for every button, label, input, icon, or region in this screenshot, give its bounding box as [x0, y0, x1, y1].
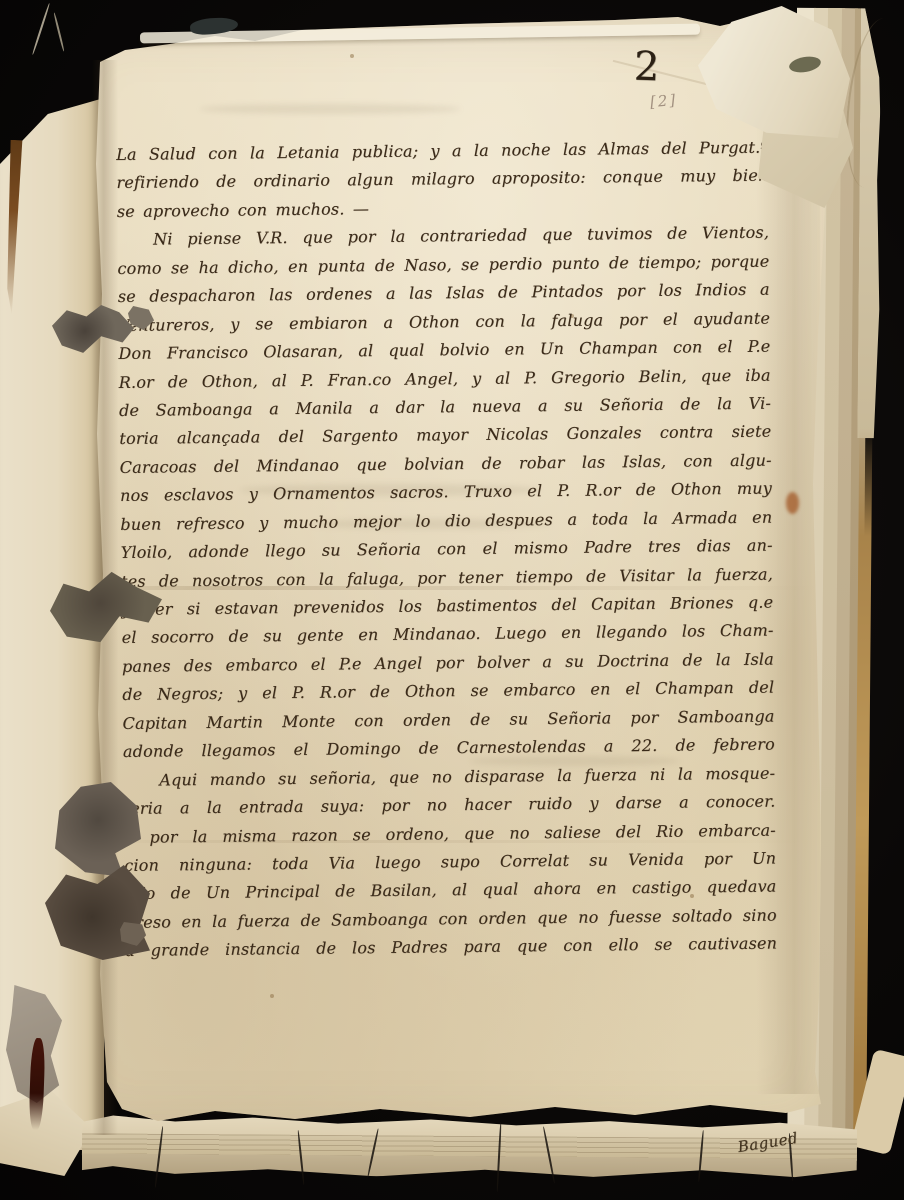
- pencil-folio-number: [2]: [649, 91, 678, 111]
- paper-speck: [270, 994, 274, 998]
- loose-thread: [32, 3, 51, 55]
- ink-showthrough: [200, 104, 460, 114]
- manuscript-text: La Salud con la Letania publica; y a la …: [116, 134, 777, 966]
- folio-number: 2: [633, 44, 660, 91]
- loose-thread: [53, 12, 65, 51]
- manuscript-line: a grande instancia de los Padres para qu…: [125, 930, 777, 966]
- rust-stain: [786, 492, 799, 514]
- paper-speck: [350, 54, 354, 58]
- manuscript-page: 2 [2] La Salud con la Letania publica; y…: [50, 14, 845, 1139]
- photo-backdrop: 2 [2] La Salud con la Letania publica; y…: [0, 0, 904, 1200]
